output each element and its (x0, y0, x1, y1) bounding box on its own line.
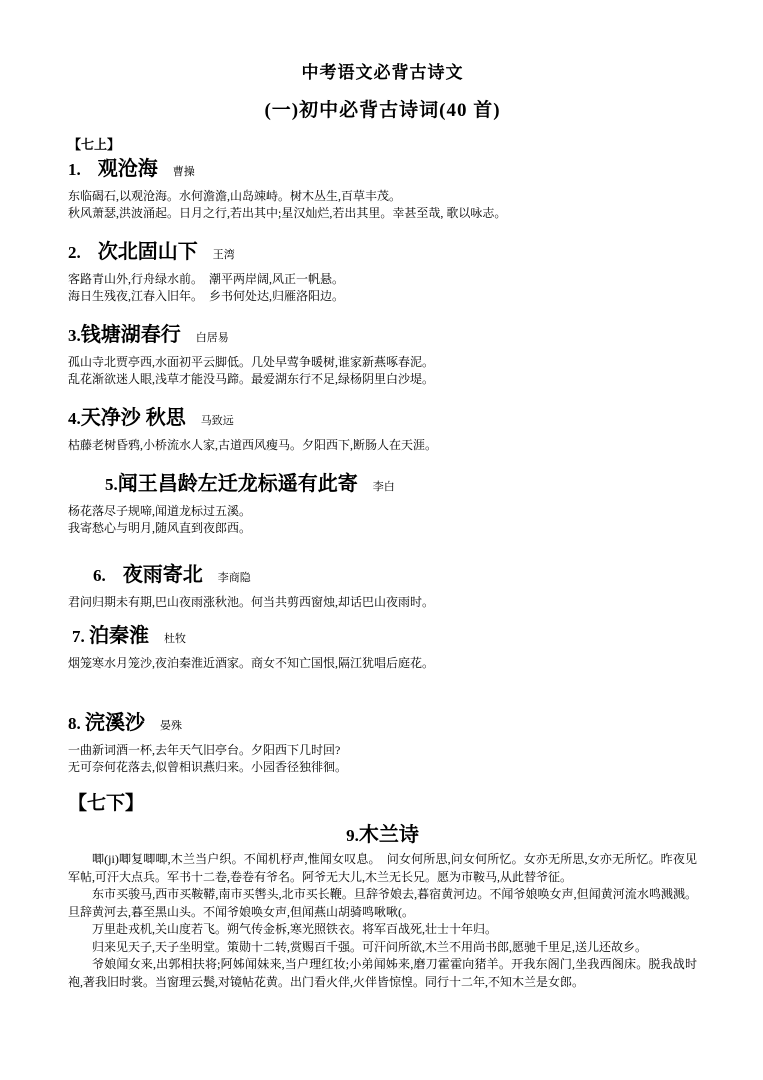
poem-title-text: 浣溪沙 (85, 712, 145, 734)
poem-heading: 9.木兰诗 (68, 822, 697, 849)
poem-line: 杨花落尽子规啼,闻道龙标过五溪。 (68, 503, 697, 520)
poem-line: 东临碣石,以观沧海。水何澹澹,山岛竦峙。树木丛生,百草丰茂。 (68, 188, 697, 205)
poem-line: 孤山寺北贾亭西,水面初平云脚低。几处早莺争暖树,谁家新燕啄春泥。 (68, 354, 697, 371)
poem-heading: 6. 夜雨寄北李商隐 (93, 562, 697, 591)
poem-author: 王湾 (213, 249, 235, 261)
poem-line: 枯藤老树昏鸦,小桥流水人家,古道西风瘦马。夕阳西下,断肠人在天涯。 (68, 437, 697, 454)
poem-3-qiantanghuchunxing: 3.钱塘湖春行白居易 孤山寺北贾亭西,水面初平云脚低。几处早莺争暖树,谁家新燕啄… (68, 322, 697, 388)
poem-9-mulanshi: 9.木兰诗 唧(ji)唧复唧唧,木兰当户织。不闻机杼声,惟闻女叹息。 问女何所思… (68, 822, 697, 991)
poem-heading: 8. 浣溪沙晏殊 (68, 710, 697, 739)
poem-line: 烟笼寒水月笼沙,夜泊秦淮近酒家。商女不知亡国恨,隔江犹唱后庭花。 (68, 655, 697, 672)
poem-line: 君问归期未有期,巴山夜雨涨秋池。何当共剪西窗烛,却话巴山夜雨时。 (68, 594, 697, 611)
poem-author: 晏殊 (160, 720, 182, 732)
poem-line: 客路青山外,行舟绿水前。 潮平两岸阔,风正一帆悬。 (68, 271, 697, 288)
poem-7-boqinhuai: 7. 泊秦淮杜牧 烟笼寒水月笼沙,夜泊秦淮近酒家。商女不知亡国恨,隔江犹唱后庭花… (68, 623, 697, 672)
doc-subtitle: (一)初中必背古诗词(40 首) (68, 99, 697, 123)
doc-title: 中考语文必背古诗文 (68, 62, 697, 84)
poem-1-guancanghai: 1. 观沧海曹操 东临碣石,以观沧海。水何澹澹,山岛竦峙。树木丛生,百草丰茂。 … (68, 156, 697, 222)
poem-paragraph: 东市买骏马,西市买鞍鞯,南市买辔头,北市买长鞭。旦辞爷娘去,暮宿黄河边。不闻爷娘… (68, 886, 697, 921)
poem-number: 6. (93, 566, 123, 585)
poem-heading: 4.天净沙 秋思马致远 (68, 405, 697, 434)
poem-author: 李商隐 (218, 572, 251, 584)
poem-paragraph: 归来见天子,天子坐明堂。策勋十二转,赏赐百千强。可汗问所欲,木兰不用尚书郎,愿驰… (68, 939, 697, 957)
poem-title-text: 次北固山下 (98, 241, 198, 263)
poem-title-text: 天净沙 秋思 (81, 407, 186, 429)
poem-heading: 7. 泊秦淮杜牧 (72, 623, 697, 652)
poem-heading: 3.钱塘湖春行白居易 (68, 322, 697, 351)
poem-author: 杜牧 (164, 633, 186, 645)
poem-number: 1. (68, 160, 98, 179)
poem-title-text: 观沧海 (98, 158, 158, 180)
poem-heading: 1. 观沧海曹操 (68, 156, 697, 185)
poem-line: 秋风萧瑟,洪波涌起。日月之行,若出其中;星汉灿烂,若出其里。幸甚至哉, 歌以咏志… (68, 205, 697, 222)
poem-number: 3. (68, 326, 81, 345)
poem-title-text: 泊秦淮 (89, 625, 149, 647)
poem-6-yeyujibei: 6. 夜雨寄北李商隐 君问归期未有期,巴山夜雨涨秋池。何当共剪西窗烛,却话巴山夜… (68, 562, 697, 611)
poem-number: 9. (346, 826, 359, 845)
poem-author: 曹操 (173, 166, 195, 178)
document-page: 中考语文必背古诗文 (一)初中必背古诗词(40 首) 【七上】 1. 观沧海曹操… (0, 0, 763, 1080)
poem-title-text: 钱塘湖春行 (81, 324, 181, 346)
poem-number: 2. (68, 243, 98, 262)
poem-title-text: 闻王昌龄左迁龙标遥有此寄 (118, 473, 358, 495)
poem-author: 马致远 (201, 415, 234, 427)
poem-line: 我寄愁心与明月,随风直到夜郎西。 (68, 520, 697, 537)
poem-line: 一曲新词酒一杯,去年天气旧亭台。夕阳西下几时回? (68, 742, 697, 759)
poem-title-text: 木兰诗 (359, 824, 419, 846)
poem-number: 5. (105, 475, 118, 494)
poem-4-tianjingsha-qiusi: 4.天净沙 秋思马致远 枯藤老树昏鸦,小桥流水人家,古道西风瘦马。夕阳西下,断肠… (68, 405, 697, 454)
poem-title-text: 夜雨寄北 (123, 564, 203, 586)
poem-heading: 2. 次北固山下王湾 (68, 239, 697, 268)
poem-8-huanxisha: 8. 浣溪沙晏殊 一曲新词酒一杯,去年天气旧亭台。夕阳西下几时回? 无可奈何花落… (68, 710, 697, 776)
poem-number: 4. (68, 409, 81, 428)
poem-line: 无可奈何花落去,似曾相识燕归来。小园香径独徘徊。 (68, 759, 697, 776)
poem-heading: 5.闻王昌龄左迁龙标遥有此寄李白 (105, 471, 697, 500)
poem-paragraph: 唧(ji)唧复唧唧,木兰当户织。不闻机杼声,惟闻女叹息。 问女何所思,问女何所忆… (68, 851, 697, 886)
section-label-grade7-vol2: 【七下】 (68, 791, 697, 816)
section-label-grade7-vol1: 【七上】 (68, 136, 697, 153)
poem-number: 7. (72, 627, 89, 646)
poem-2-cibeigushanxia: 2. 次北固山下王湾 客路青山外,行舟绿水前。 潮平两岸阔,风正一帆悬。 海日生… (68, 239, 697, 305)
poem-line: 海日生残夜,江春入旧年。 乡书何处达,归雁洛阳边。 (68, 288, 697, 305)
poem-paragraph: 爷娘闻女来,出郭相扶将;阿姊闻妹来,当户理红妆;小弟闻姊来,磨刀霍霍向猪羊。开我… (68, 956, 697, 991)
poem-author: 李白 (373, 481, 395, 493)
poem-paragraph: 万里赴戎机,关山度若飞。朔气传金柝,寒光照铁衣。将军百战死,壮士十年归。 (68, 921, 697, 939)
poem-line: 乱花渐欲迷人眼,浅草才能没马蹄。最爱湖东行不足,绿杨阴里白沙堤。 (68, 371, 697, 388)
poem-number: 8. (68, 714, 85, 733)
poem-5-wenwangchangling: 5.闻王昌龄左迁龙标遥有此寄李白 杨花落尽子规啼,闻道龙标过五溪。 我寄愁心与明… (68, 471, 697, 537)
poem-author: 白居易 (196, 332, 229, 344)
